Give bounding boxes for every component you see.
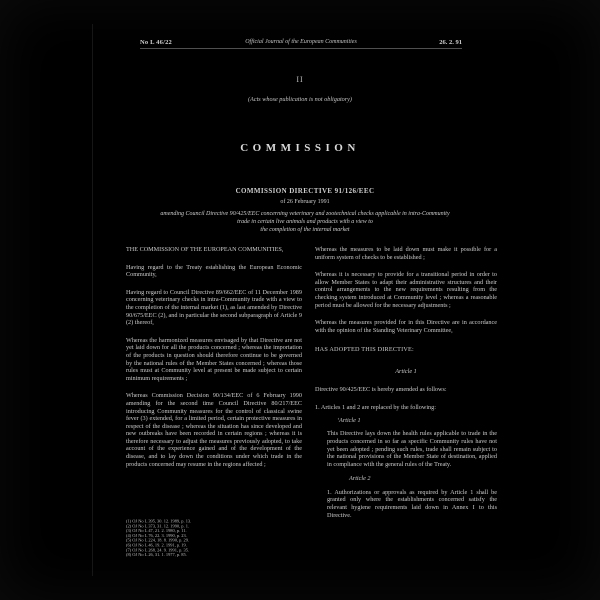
footnote-8: (8) OJ No L 26, 31. 1. 1977, p. 85. (126, 553, 246, 558)
article-1-heading: Article 1 (315, 368, 497, 376)
whereas-recital-1: Whereas the harmonized measures envisage… (126, 337, 302, 383)
acts-not-obligatory-note: (Acts whose publication is not obligator… (0, 96, 600, 103)
header-journal-title: Official Journal of the European Communi… (140, 39, 462, 45)
enacting-formula: HAS ADOPTED THIS DIRECTIVE: (315, 346, 497, 354)
directive-subject-line: amending Council Directive 90/425/EEC co… (157, 211, 453, 226)
quoted-article-2-text: 1. Authorizations or approvals as requir… (327, 489, 497, 519)
header-rule (140, 48, 462, 49)
left-column: THE COMMISSION OF THE EUROPEAN COMMUNITI… (126, 246, 302, 478)
right-column: Whereas the measures to be laid down mus… (315, 246, 497, 526)
header-date: 26. 2. 91 (439, 39, 462, 46)
quoted-article-1-heading: ‘Article 1 (337, 417, 497, 425)
directive-subject-last-line: the completion of the internal market (130, 227, 480, 233)
directive-number-line: COMMISSION DIRECTIVE 91/126/EEC (130, 187, 480, 195)
quoted-article-1-text: This Directive lays down the health rule… (327, 430, 497, 468)
whereas-recital-2: Whereas Commission Decision 90/134/EEC o… (126, 392, 302, 468)
quoted-article-2-heading: Article 2 (349, 475, 497, 483)
having-regard-directive: Having regard to Council Directive 89/66… (126, 289, 302, 327)
directive-date-line: of 26 February 1991 (130, 199, 480, 205)
preamble-commission-line: THE COMMISSION OF THE EUROPEAN COMMUNITI… (126, 246, 302, 254)
having-regard-treaty: Having regard to the Treaty establishing… (126, 264, 302, 279)
amendment-item-1: 1. Articles 1 and 2 are replaced by the … (315, 404, 497, 412)
whereas-recital-5: Whereas the measures provided for in thi… (315, 319, 497, 334)
footnotes-block: (1) OJ No L 395, 30. 12. 1989, p. 13. (2… (126, 519, 246, 557)
amendment-intro: Directive 90/425/EEC is hereby amended a… (315, 386, 497, 394)
section-marker: II (0, 75, 600, 84)
institution-heading: COMMISSION (0, 142, 600, 154)
document-page: No L 46/22 Official Journal of the Europ… (0, 0, 600, 600)
whereas-recital-3: Whereas the measures to be laid down mus… (315, 246, 497, 261)
whereas-recital-4: Whereas it is necessary to provide for a… (315, 271, 497, 309)
directive-title-block: COMMISSION DIRECTIVE 91/126/EEC of 26 Fe… (130, 187, 480, 233)
